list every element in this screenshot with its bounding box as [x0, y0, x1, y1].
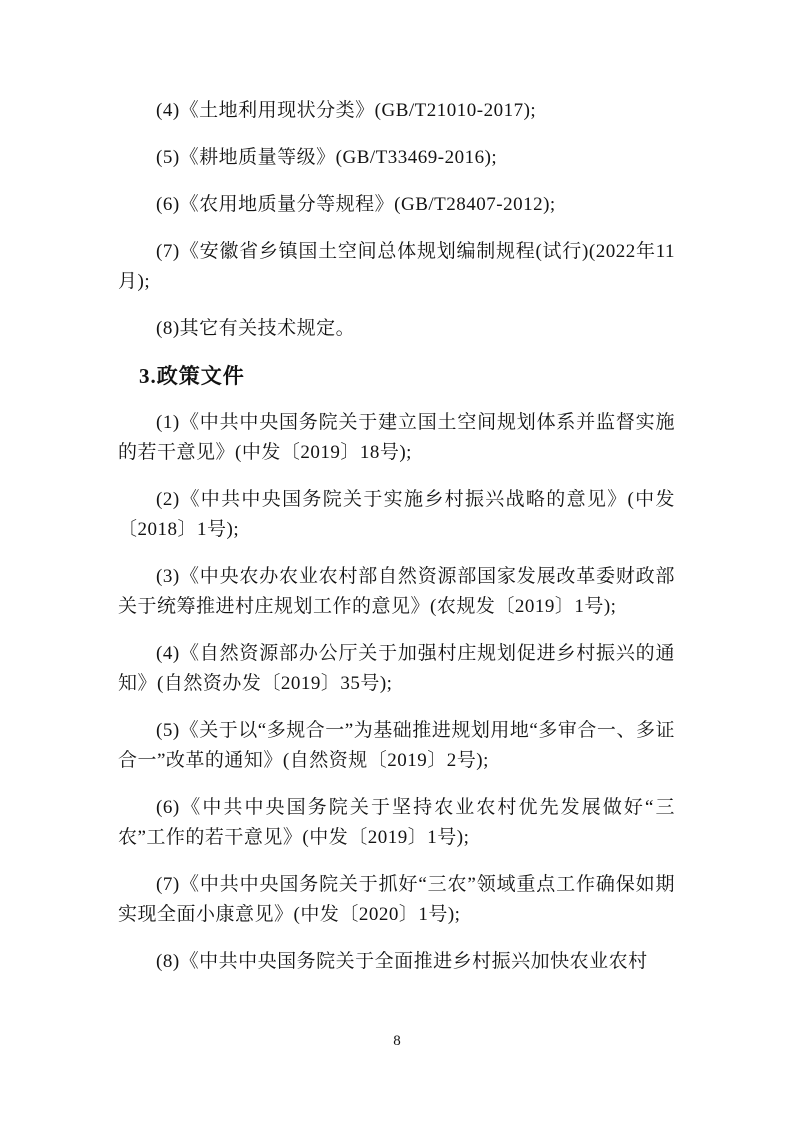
- document-page: (4)《土地利用现状分类》(GB/T21010-2017); (5)《耕地质量等…: [0, 0, 794, 1122]
- policy-item-5: (5)《关于以“多规合一”为基础推进规划用地“多审合一、多证合一”改革的通知》(…: [118, 716, 675, 776]
- tech-standard-item-7: (7)《安徽省乡镇国土空间总体规划编制规程(试行)(2022年11月);: [118, 237, 675, 297]
- policy-item-1: (1)《中共中央国务院关于建立国土空间规划体系并监督实施的若干意见》(中发〔20…: [118, 408, 675, 468]
- tech-standard-item-8: (8)其它有关技术规定。: [118, 314, 675, 344]
- document-body: (4)《土地利用现状分类》(GB/T21010-2017); (5)《耕地质量等…: [118, 96, 675, 994]
- policy-item-8: (8)《中共中央国务院关于全面推进乡村振兴加快农业农村: [118, 947, 675, 977]
- section-heading-policy-documents: 3.政策文件: [118, 361, 675, 391]
- page-number: 8: [0, 1032, 794, 1050]
- tech-standard-item-5: (5)《耕地质量等级》(GB/T33469-2016);: [118, 143, 675, 173]
- policy-item-4: (4)《自然资源部办公厅关于加强村庄规划促进乡村振兴的通知》(自然资办发〔201…: [118, 639, 675, 699]
- policy-item-6: (6)《中共中央国务院关于坚持农业农村优先发展做好“三农”工作的若干意见》(中发…: [118, 793, 675, 853]
- policy-item-7: (7)《中共中央国务院关于抓好“三农”领域重点工作确保如期实现全面小康意见》(中…: [118, 870, 675, 930]
- tech-standard-item-6: (6)《农用地质量分等规程》(GB/T28407-2012);: [118, 190, 675, 220]
- policy-item-3: (3)《中央农办农业农村部自然资源部国家发展改革委财政部关于统筹推进村庄规划工作…: [118, 562, 675, 622]
- policy-item-2: (2)《中共中央国务院关于实施乡村振兴战略的意见》(中发〔2018〕1号);: [118, 485, 675, 545]
- tech-standard-item-4: (4)《土地利用现状分类》(GB/T21010-2017);: [118, 96, 675, 126]
